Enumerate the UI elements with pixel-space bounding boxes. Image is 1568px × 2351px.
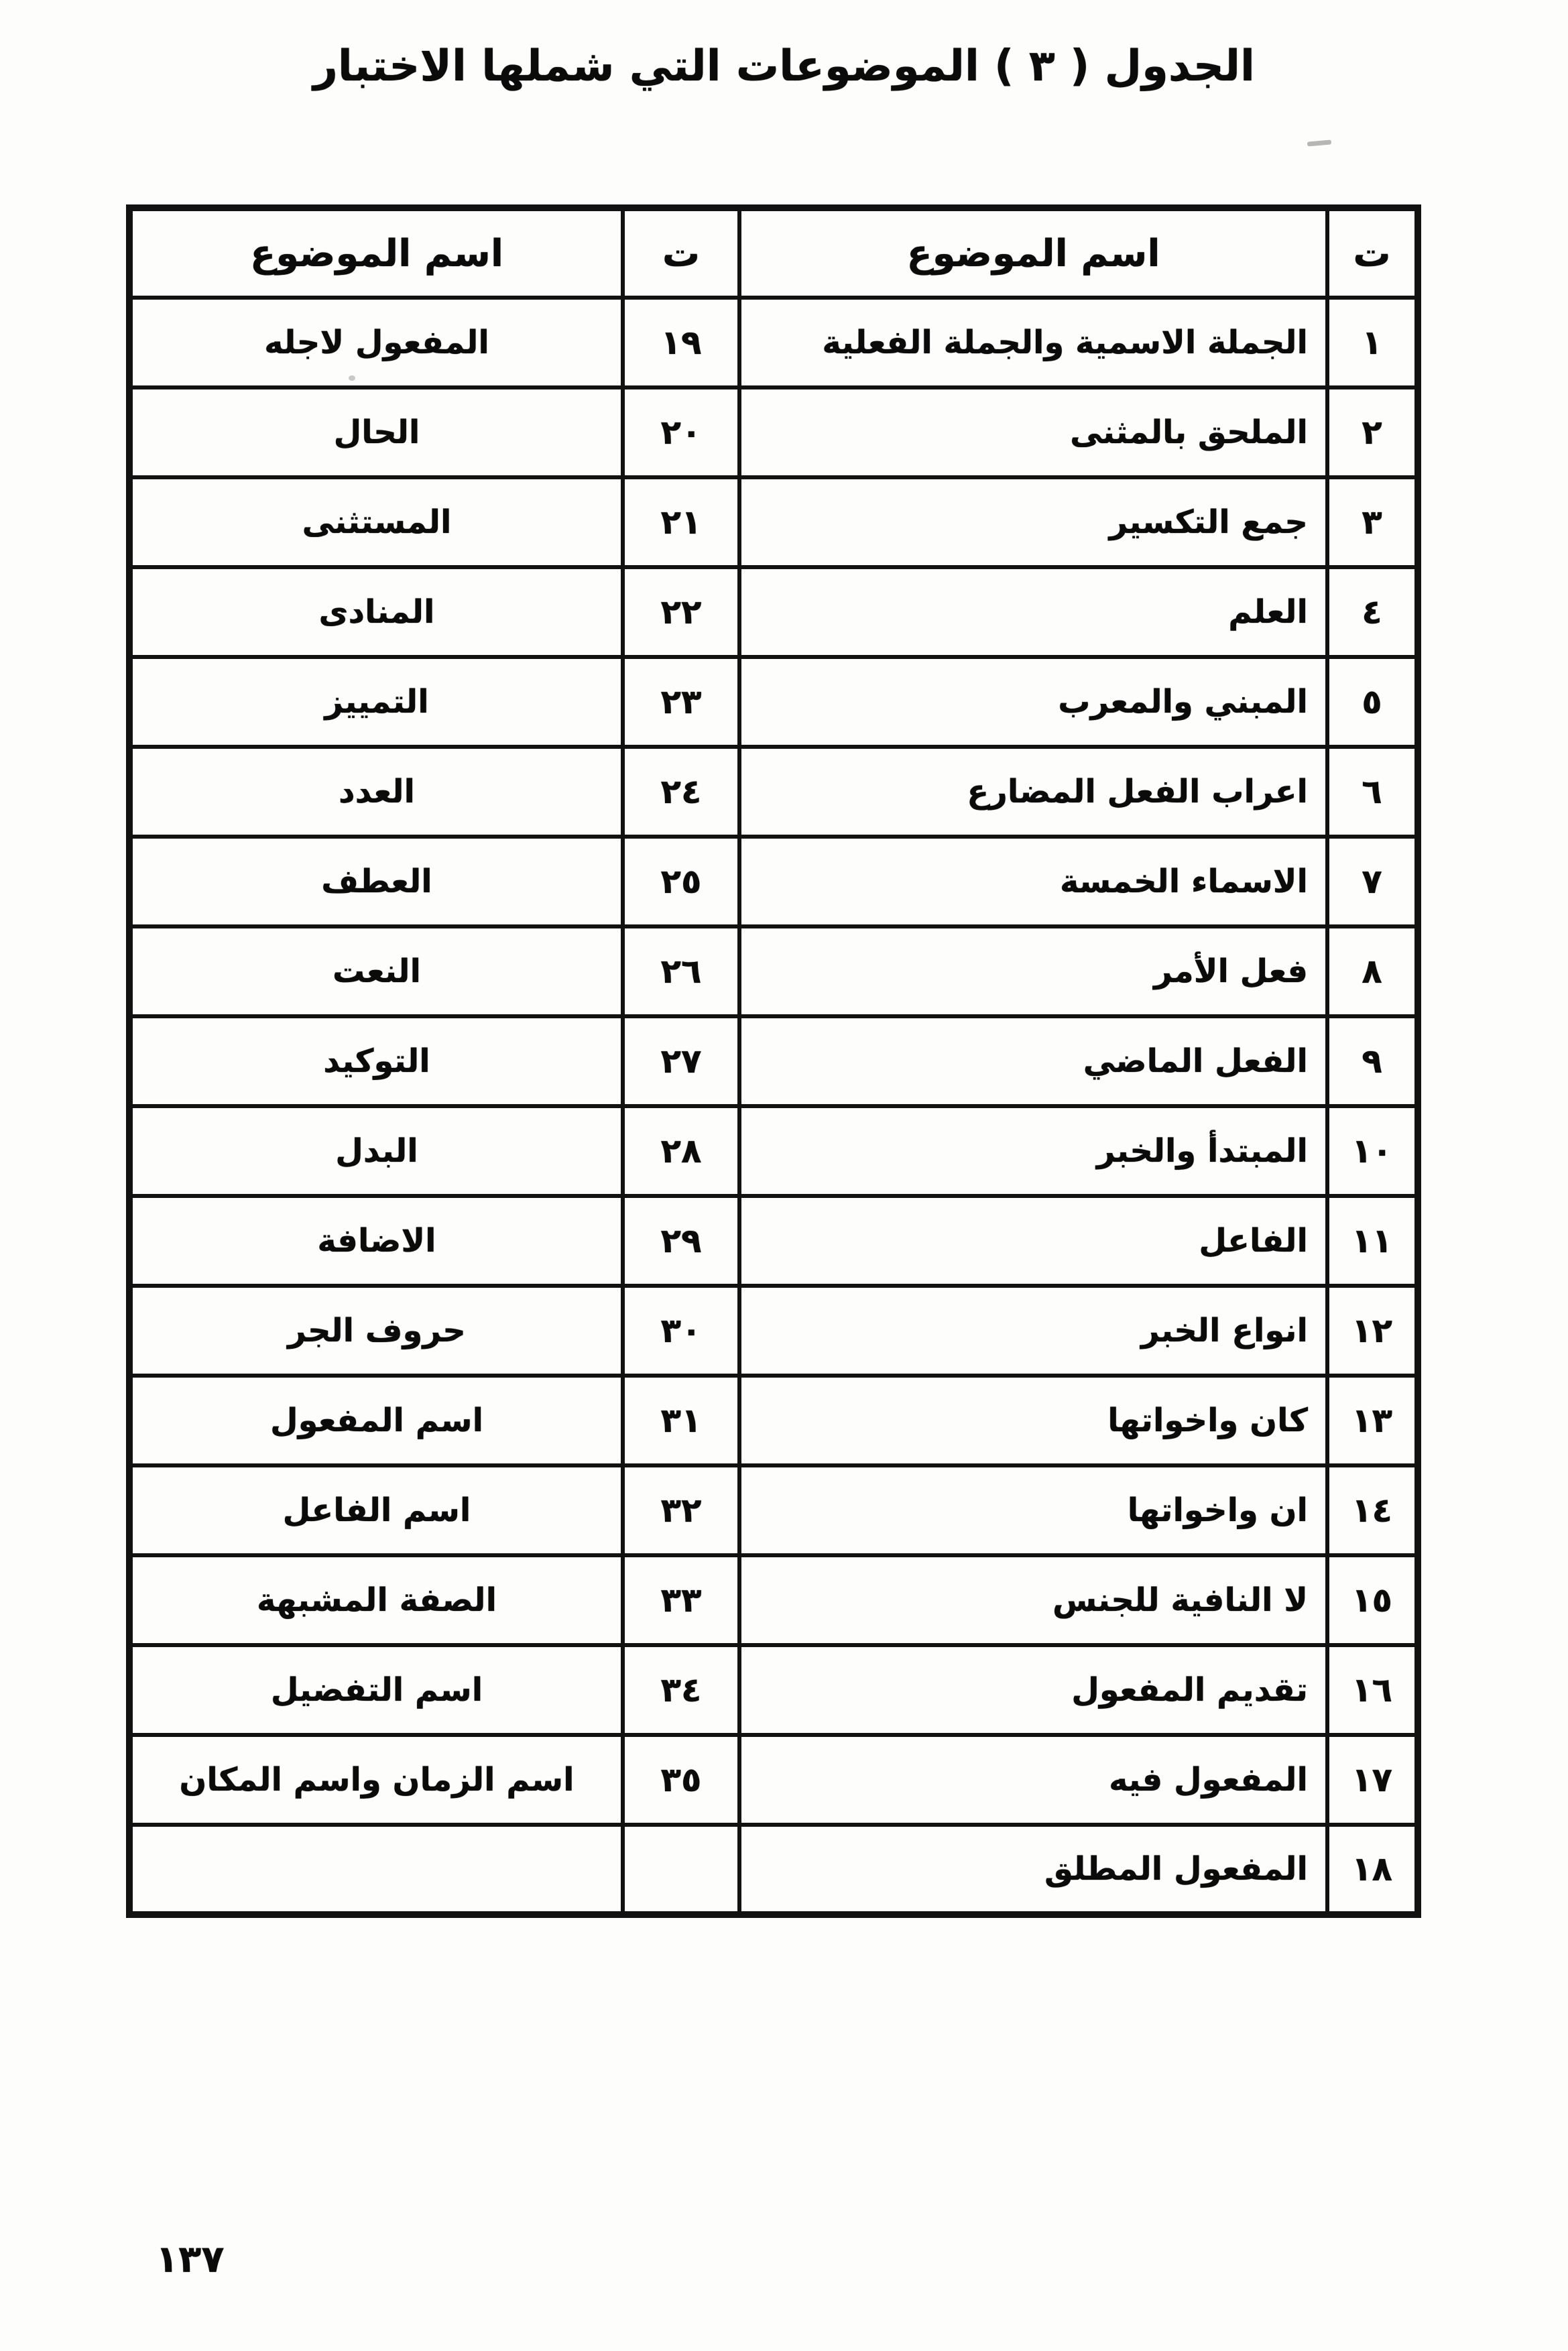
topic-cell-left: اسم المفعول: [129, 1376, 623, 1465]
serial-cell-left: ٢٢: [623, 567, 739, 657]
table-row: ٢الملحق بالمثنى٢٠الحال: [129, 387, 1418, 477]
table-row: ٥المبني والمعرب٢٣التمييز: [129, 657, 1418, 747]
serial-cell-right: ٨: [1327, 926, 1418, 1016]
serial-cell-right: ٦: [1327, 747, 1418, 837]
serial-cell-left: ٢٤: [623, 747, 739, 837]
serial-cell-left: ٣٤: [623, 1645, 739, 1735]
serial-cell-left: ٢١: [623, 477, 739, 567]
topic-cell-right: الفاعل: [739, 1196, 1327, 1286]
topic-cell-right: المبني والمعرب: [739, 657, 1327, 747]
topic-cell-left: [129, 1825, 623, 1915]
serial-cell-right: ١٢: [1327, 1286, 1418, 1376]
serial-cell-left: ٣٣: [623, 1555, 739, 1645]
topic-cell-right: المفعول المطلق: [739, 1825, 1327, 1915]
serial-cell-left: ٣٠: [623, 1286, 739, 1376]
table-row: ٩الفعل الماضي٢٧التوكيد: [129, 1016, 1418, 1106]
table-row: ١٤ان واخواتها٣٢اسم الفاعل: [129, 1465, 1418, 1555]
table-row: ٤العلم٢٢المنادى: [129, 567, 1418, 657]
topic-cell-left: اسم الفاعل: [129, 1465, 623, 1555]
serial-cell-right: ١٤: [1327, 1465, 1418, 1555]
topic-cell-left: الصفة المشبهة: [129, 1555, 623, 1645]
table-row: ١الجملة الاسمية والجملة الفعلية١٩المفعول…: [129, 298, 1418, 387]
topic-cell-left: البدل: [129, 1106, 623, 1196]
topic-cell-right: الجملة الاسمية والجملة الفعلية: [739, 298, 1327, 387]
topic-cell-left: المفعول لاجله: [129, 298, 623, 387]
topic-cell-left: الاضافة: [129, 1196, 623, 1286]
serial-cell-left: ٢٦: [623, 926, 739, 1016]
topic-cell-left: اسم التفضيل: [129, 1645, 623, 1735]
serial-cell-right: ١٠: [1327, 1106, 1418, 1196]
serial-cell-left: ٢٣: [623, 657, 739, 747]
serial-cell-left: ٢٩: [623, 1196, 739, 1286]
table-row: ١٧المفعول فيه٣٥اسم الزمان واسم المكان: [129, 1735, 1418, 1825]
serial-cell-right: ١٨: [1327, 1825, 1418, 1915]
serial-cell-right: ٢: [1327, 387, 1418, 477]
table-row: ١١الفاعل٢٩الاضافة: [129, 1196, 1418, 1286]
topic-cell-right: لا النافية للجنس: [739, 1555, 1327, 1645]
serial-cell-right: ٧: [1327, 837, 1418, 926]
serial-cell-right: ١: [1327, 298, 1418, 387]
topic-cell-left: التوكيد: [129, 1016, 623, 1106]
serial-cell-left: ٢٨: [623, 1106, 739, 1196]
table-title: الجدول ( ٣ ) الموضوعات التي شملها الاختب…: [0, 42, 1568, 91]
topic-cell-right: اعراب الفعل المضارع: [739, 747, 1327, 837]
topic-cell-left: العدد: [129, 747, 623, 837]
topic-cell-left: العطف: [129, 837, 623, 926]
scan-smudge: [1307, 139, 1331, 146]
serial-cell-right: ١٧: [1327, 1735, 1418, 1825]
serial-cell-left: [623, 1825, 739, 1915]
table-row: ١٨المفعول المطلق: [129, 1825, 1418, 1915]
serial-cell-right: ١١: [1327, 1196, 1418, 1286]
header-topic-right: اسم الموضوع: [739, 208, 1327, 298]
topic-cell-right: المفعول فيه: [739, 1735, 1327, 1825]
serial-cell-right: ٩: [1327, 1016, 1418, 1106]
topic-cell-right: ان واخواتها: [739, 1465, 1327, 1555]
serial-cell-right: ٤: [1327, 567, 1418, 657]
topic-cell-right: الاسماء الخمسة: [739, 837, 1327, 926]
scanned-document-page: { "page": { "title": "الجدول ( ٣ ) الموض…: [0, 0, 1568, 2351]
serial-cell-right: ١٥: [1327, 1555, 1418, 1645]
table-row: ١٢انواع الخبر٣٠حروف الجر: [129, 1286, 1418, 1376]
topic-cell-right: المبتدأ والخبر: [739, 1106, 1327, 1196]
serial-cell-left: ٢٧: [623, 1016, 739, 1106]
serial-cell-left: ٣٥: [623, 1735, 739, 1825]
topic-cell-left: اسم الزمان واسم المكان: [129, 1735, 623, 1825]
topic-cell-left: المنادى: [129, 567, 623, 657]
table-body: ١الجملة الاسمية والجملة الفعلية١٩المفعول…: [129, 298, 1418, 1915]
topic-cell-right: فعل الأمر: [739, 926, 1327, 1016]
serial-cell-right: ٣: [1327, 477, 1418, 567]
table-row: ١٥لا النافية للجنس٣٣الصفة المشبهة: [129, 1555, 1418, 1645]
header-serial-right: ت: [1327, 208, 1418, 298]
topic-cell-right: انواع الخبر: [739, 1286, 1327, 1376]
serial-cell-left: ٣٢: [623, 1465, 739, 1555]
topic-cell-right: كان واخواتها: [739, 1376, 1327, 1465]
serial-cell-right: ٥: [1327, 657, 1418, 747]
header-row: ت اسم الموضوع ت اسم الموضوع: [129, 208, 1418, 298]
topic-cell-left: النعت: [129, 926, 623, 1016]
serial-cell-left: ٢٥: [623, 837, 739, 926]
topic-cell-right: العلم: [739, 567, 1327, 657]
topic-cell-left: الحال: [129, 387, 623, 477]
table-row: ٣جمع التكسير٢١المستثنى: [129, 477, 1418, 567]
table-row: ٧الاسماء الخمسة٢٥العطف: [129, 837, 1418, 926]
serial-cell-left: ١٩: [623, 298, 739, 387]
topic-cell-left: المستثنى: [129, 477, 623, 567]
table-row: ١٣كان واخواتها٣١اسم المفعول: [129, 1376, 1418, 1465]
topic-cell-right: جمع التكسير: [739, 477, 1327, 567]
table-row: ١٠المبتدأ والخبر٢٨البدل: [129, 1106, 1418, 1196]
serial-cell-right: ١٣: [1327, 1376, 1418, 1465]
table-row: ٦اعراب الفعل المضارع٢٤العدد: [129, 747, 1418, 837]
table-row: ٨فعل الأمر٢٦النعت: [129, 926, 1418, 1016]
table-row: ١٦تقديم المفعول٣٤اسم التفضيل: [129, 1645, 1418, 1735]
serial-cell-left: ٣١: [623, 1376, 739, 1465]
topic-cell-left: التمييز: [129, 657, 623, 747]
topic-cell-right: تقديم المفعول: [739, 1645, 1327, 1735]
topic-cell-left: حروف الجر: [129, 1286, 623, 1376]
header-serial-left: ت: [623, 208, 739, 298]
page-number: ١٣٧: [156, 2238, 225, 2281]
topic-cell-right: الفعل الماضي: [739, 1016, 1327, 1106]
serial-cell-left: ٢٠: [623, 387, 739, 477]
serial-cell-right: ١٦: [1327, 1645, 1418, 1735]
scan-smudge: [349, 375, 355, 381]
topics-table: ت اسم الموضوع ت اسم الموضوع ١الجملة الاس…: [126, 204, 1421, 1918]
header-topic-left: اسم الموضوع: [129, 208, 623, 298]
topic-cell-right: الملحق بالمثنى: [739, 387, 1327, 477]
